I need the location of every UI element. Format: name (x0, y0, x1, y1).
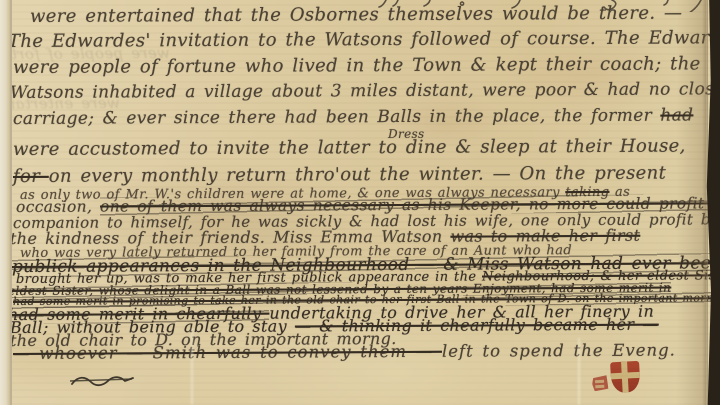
struck-segment: for (13, 166, 49, 187)
manuscript-photo: were people of fortune who lived in the … (0, 0, 720, 405)
paper-crease (191, 328, 193, 405)
page-edge-left (0, 0, 12, 405)
stamp-fragment (592, 375, 609, 392)
text-segment: on every monthly return thro'out the win… (49, 163, 667, 187)
manuscript-line: were people of fortune who lived in the … (13, 55, 701, 77)
manuscript-line: — whoever — Smith was to convey them — l… (13, 343, 676, 363)
library-stamp (591, 360, 645, 401)
text-segment: The Edwardes' invitation to the Watsons … (8, 27, 720, 52)
text-segment: were entertained that the Osbornes thems… (30, 3, 682, 27)
page-edge-rim (702, 0, 708, 405)
stamp-shield-cross-icon (610, 361, 641, 393)
manuscript-line: were entertained that the Osbornes thems… (30, 5, 682, 26)
manuscript-line: were accustomed to invite the latter to … (13, 137, 686, 159)
manuscript-line: Watsons inhabited a village about 3 mile… (10, 81, 720, 102)
manuscript-line: for on every monthly return thro'out the… (13, 165, 666, 186)
text-segment: Watsons inhabited a village about 3 mile… (10, 79, 720, 103)
manuscript-line: The Edwardes' invitation to the Watsons … (8, 29, 720, 51)
text-segment: left to spend the Eveng. (442, 341, 676, 361)
text-segment: carriage; & ever since there had been Ba… (13, 106, 660, 129)
paper-crease (578, 338, 580, 405)
text-segment: were accustomed to invite the latter to … (13, 135, 686, 160)
struck-segment: — whoever — Smith was to convey them — (13, 342, 442, 363)
text-segment: were people of fortune who lived in the … (13, 53, 701, 78)
struck-scribble (70, 372, 136, 390)
manuscript-line: carriage; & ever since there had been Ba… (13, 107, 693, 128)
